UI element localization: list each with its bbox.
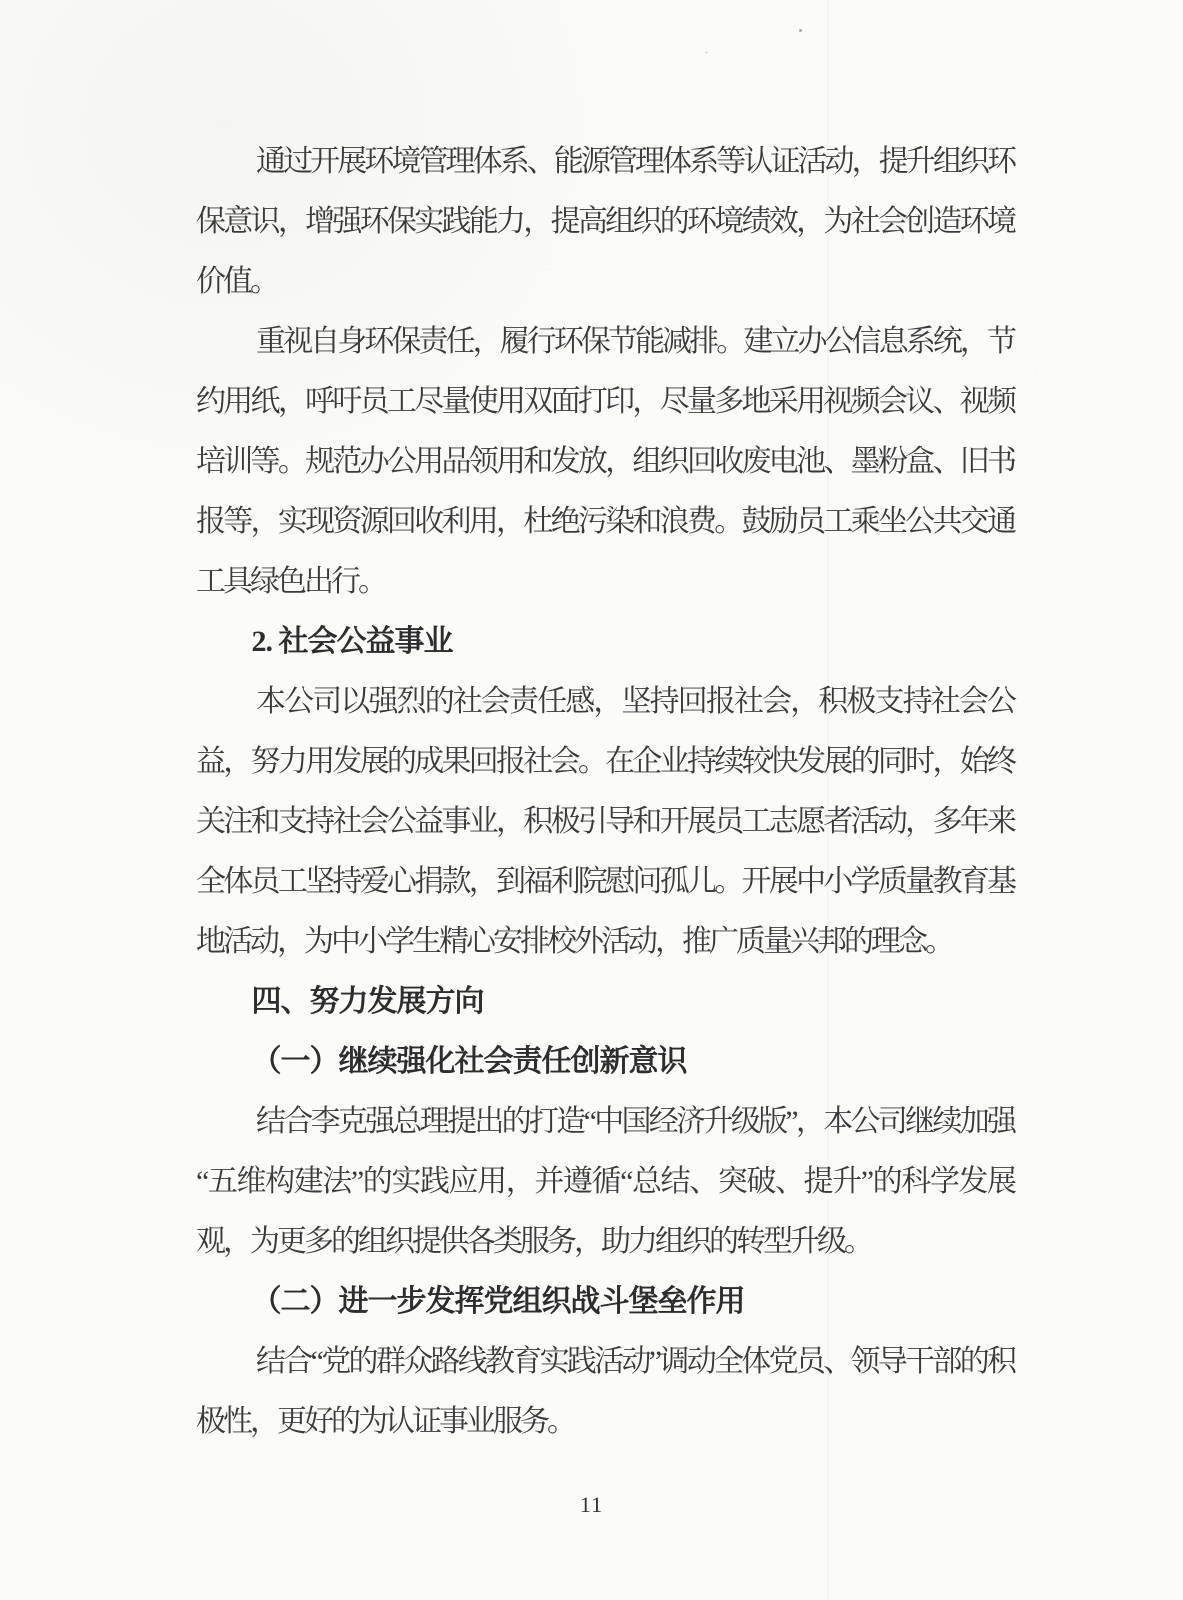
body-paragraph-environment-certification: 通过开展环境管理体系、能源管理体系等认证活动，提升组织环保意识，增强环保实践能力… bbox=[196, 132, 1014, 312]
scan-speck bbox=[799, 29, 802, 32]
body-paragraph-mass-line-activity: 结合“党的群众路线教育实践活动”调动全体党员、领导干部的积极性，更好的为认证事业… bbox=[196, 1332, 1014, 1452]
subsection-heading-party-organization: （二）进一步发挥党组织战斗堡垒作用 bbox=[196, 1272, 1014, 1332]
subheading-public-welfare: 2. 社会公益事业 bbox=[196, 612, 1014, 672]
document-content: 通过开展环境管理体系、能源管理体系等认证活动，提升组织环保意识，增强环保实践能力… bbox=[196, 132, 1014, 1452]
section-heading-development-direction: 四、努力发展方向 bbox=[196, 972, 1014, 1032]
body-paragraph-office-conservation: 重视自身环保责任，履行环保节能减排。建立办公信息系统，节约用纸，呼吁员工尽量使用… bbox=[196, 312, 1014, 612]
subsection-heading-innovation-awareness: （一）继续强化社会责任创新意识 bbox=[196, 1032, 1014, 1092]
body-paragraph-social-responsibility: 本公司以强烈的社会责任感，坚持回报社会，积极支持社会公益，努力用发展的成果回报社… bbox=[196, 672, 1014, 972]
page-number: 11 bbox=[0, 1492, 1183, 1518]
body-paragraph-economic-upgrade: 结合李克强总理提出的打造“中国经济升级版”，本公司继续加强“五维构建法”的实践应… bbox=[196, 1092, 1014, 1272]
scanned-document-page: 通过开展环境管理体系、能源管理体系等认证活动，提升组织环保意识，增强环保实践能力… bbox=[0, 0, 1183, 1600]
